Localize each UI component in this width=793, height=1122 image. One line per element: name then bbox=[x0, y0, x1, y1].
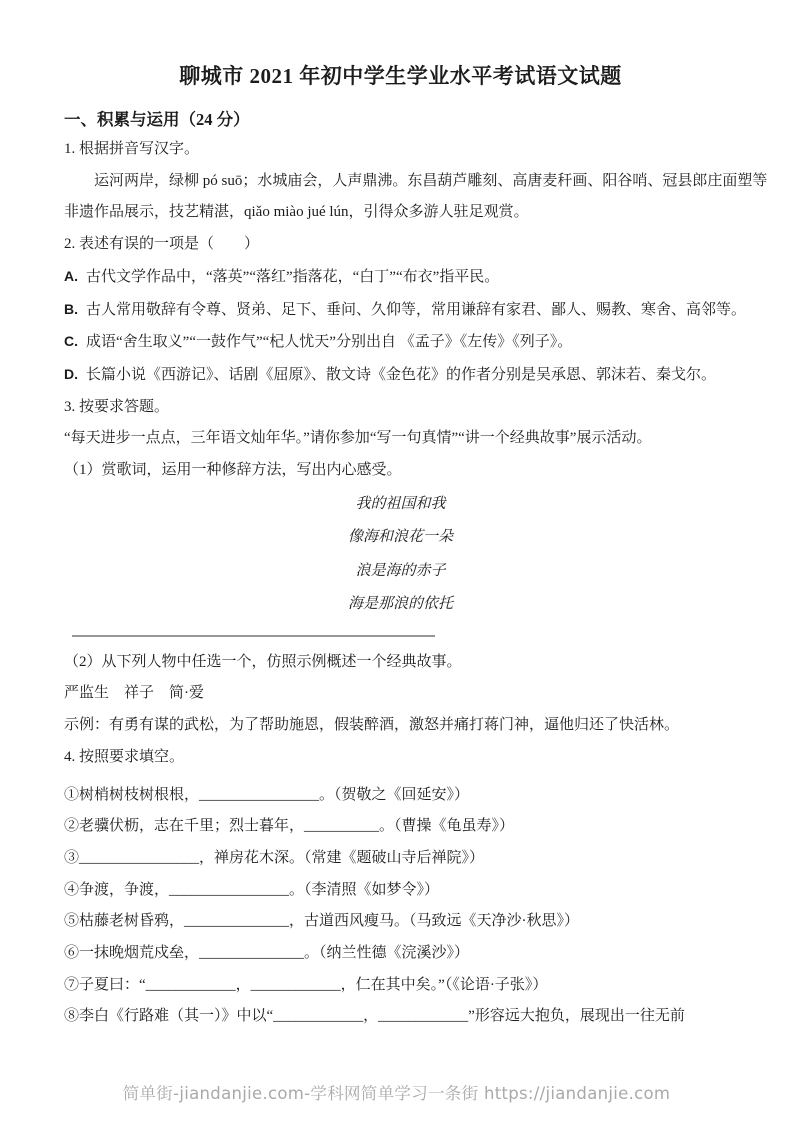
song-lyric-line: 我的祖国和我 bbox=[64, 487, 737, 521]
option-letter: A. bbox=[64, 268, 78, 284]
question-3-intro: “每天进步一点点，三年语文灿年华。”请你参加“写一句真情”“讲一个经典故事”展示… bbox=[64, 423, 737, 455]
page-title: 聊城市 2021 年初中学生学业水平考试语文试题 bbox=[64, 58, 737, 94]
watermark-footer: 简单街-jiandanjie.com-学科网简单学习一条街 https://ji… bbox=[0, 1080, 793, 1104]
exam-paper-page: 聊城市 2021 年初中学生学业水平考试语文试题 一、积累与运用（24 分） 1… bbox=[0, 0, 793, 1122]
song-lyric-line: 浪是海的赤子 bbox=[64, 554, 737, 588]
question-4-fill-in-blanks: ①树梢树枝树根根，________________。（贺敬之《回延安》） ②老骥… bbox=[64, 780, 737, 1034]
fill-blank-item-6: ⑥一抹晚烟荒戍垒，______________。（纳兰性德《浣溪沙》） bbox=[64, 938, 737, 970]
fill-blank-item-5: ⑤枯藤老树昏鸦，______________，古道西风瘦马。（马致远《天净沙·秋… bbox=[64, 906, 737, 938]
option-text: 长篇小说《西游记》、话剧《屈原》、散文诗《金色花》的作者分别是吴承恩、郭沫若、秦… bbox=[86, 367, 716, 383]
song-lyric-line: 像海和浪花一朵 bbox=[64, 520, 737, 554]
question-2-option-a: A.古代文学作品中，“落英”“落红”指落花，“白丁”“布衣”指平民。 bbox=[64, 261, 737, 294]
section-heading: 一、积累与运用（24 分） bbox=[64, 106, 737, 134]
question-3-character-choices: 严监生 祥子 简·爱 bbox=[64, 678, 737, 710]
fill-blank-item-3: ③________________，禅房花木深。（常建《题破山寺后禅院》） bbox=[64, 843, 737, 875]
question-3-sub2: （2）从下列人物中任选一个，仿照示例概述一个经典故事。 bbox=[64, 647, 737, 679]
question-2-option-d: D.长篇小说《西游记》、话剧《屈原》、散文诗《金色花》的作者分别是吴承恩、郭沫若… bbox=[64, 359, 737, 392]
song-lyric-block: 我的祖国和我 像海和浪花一朵 浪是海的赤子 海是那浪的依托 bbox=[64, 487, 737, 621]
fill-blank-item-1: ①树梢树枝树根根，________________。（贺敬之《回延安》） bbox=[64, 780, 737, 812]
option-text: 成语“舍生取义”“一鼓作气”“杞人忧天”分别出自 《孟子》《左传》《列子》。 bbox=[86, 334, 572, 350]
question-4-prompt: 4. 按照要求填空。 bbox=[64, 742, 737, 774]
question-3-prompt: 3. 按要求答题。 bbox=[64, 392, 737, 424]
option-letter: C. bbox=[64, 333, 78, 349]
exam-paper-content: 聊城市 2021 年初中学生学业水平考试语文试题 一、积累与运用（24 分） 1… bbox=[0, 0, 793, 1033]
question-1-prompt: 1. 根据拼音写汉字。 bbox=[64, 134, 737, 166]
option-letter: D. bbox=[64, 366, 78, 382]
fill-blank-item-2: ②老骥伏枥，志在千里；烈士暮年，__________。（曹操《龟虽寿》） bbox=[64, 811, 737, 843]
question-3-example: 示例：有勇有谋的武松，为了帮助施恩，假装醉酒，激怒并痛打蒋门神，逼他归还了快活林… bbox=[64, 710, 737, 742]
question-3-sub1: （1）赏歌词，运用一种修辞方法，写出内心感受。 bbox=[64, 455, 737, 487]
fill-blank-item-8: ⑧李白《行路难（其一）》中以“____________，____________… bbox=[64, 1001, 737, 1033]
option-letter: B. bbox=[64, 301, 78, 317]
fill-blank-item-7: ⑦子夏曰：“____________，____________，仁在其中矣。”（… bbox=[64, 970, 737, 1002]
question-2-prompt: 2. 表述有误的一项是（ ） bbox=[64, 229, 737, 261]
option-text: 古代文学作品中，“落英”“落红”指落花，“白丁”“布衣”指平民。 bbox=[86, 269, 499, 285]
question-2-option-c: C.成语“舍生取义”“一鼓作气”“杞人忧天”分别出自 《孟子》《左传》《列子》。 bbox=[64, 326, 737, 359]
option-text: 古人常用敬辞有令尊、贤弟、足下、垂问、久仰等，常用谦辞有家君、鄙人、赐教、寒舍、… bbox=[86, 302, 746, 318]
answer-blank-line bbox=[72, 635, 435, 637]
song-lyric-line: 海是那浪的依托 bbox=[64, 587, 737, 621]
question-1-passage-line: 非遗作品展示，技艺精湛，qiǎo miào jué lún，引得众多游人驻足观赏… bbox=[64, 197, 737, 229]
question-1-passage-line: 运河两岸，绿柳 pó suō；水城庙会，人声鼎沸。东昌葫芦雕刻、高唐麦秆画、阳谷… bbox=[64, 166, 737, 198]
question-2-option-b: B.古人常用敬辞有令尊、贤弟、足下、垂问、久仰等，常用谦辞有家君、鄙人、赐教、寒… bbox=[64, 294, 737, 327]
fill-blank-item-4: ④争渡，争渡，________________。（李清照《如梦令》） bbox=[64, 875, 737, 907]
